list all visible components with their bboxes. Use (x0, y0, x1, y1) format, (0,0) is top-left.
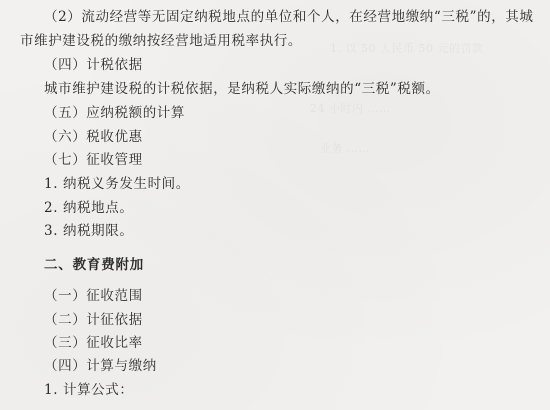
list-item: 1. 纳税义务发生时间。 (44, 175, 190, 193)
paragraph-2-line-2: 市维护建设税的缴纳按经营地适用税率执行。 (20, 32, 302, 50)
bleed-through-text: 1. 以 50 人民币 50 元的罚款 (330, 40, 483, 56)
section-7-title: （七）征收管理 (44, 151, 143, 169)
bleed-through-text: 24 小时内 …… (310, 100, 391, 116)
bleed-through-text: 业务 …… (320, 140, 370, 156)
part-2-section: （三）征收比率 (44, 334, 143, 352)
paragraph-2-line-1: （2）流动经营等无固定纳税地点的单位和个人，在经营地缴纳“三税”的，其城 (44, 8, 534, 26)
section-4-text: 城市维护建设税的计税依据，是纳税人实际缴纳的“三税”税额。 (44, 80, 440, 98)
section-4-title: （四）计税依据 (44, 56, 143, 74)
part-2-heading: 二、教育费附加 (44, 256, 144, 274)
scanned-page: 1. 以 50 人民币 50 元的罚款 24 小时内 …… 业务 …… （2）流… (0, 0, 550, 410)
list-item: 3. 纳税期限。 (44, 222, 133, 240)
section-5-title: （五）应纳税额的计算 (44, 104, 185, 122)
calc-item-1: 1. 计算公式： (44, 381, 133, 399)
list-item: 2. 纳税地点。 (44, 199, 133, 217)
part-2-section: （四）计算与缴纳 (44, 357, 157, 375)
part-2-section: （一）征收范围 (44, 287, 143, 305)
part-2-section: （二）计征依据 (44, 311, 143, 329)
section-6-title: （六）税收优惠 (44, 128, 143, 146)
